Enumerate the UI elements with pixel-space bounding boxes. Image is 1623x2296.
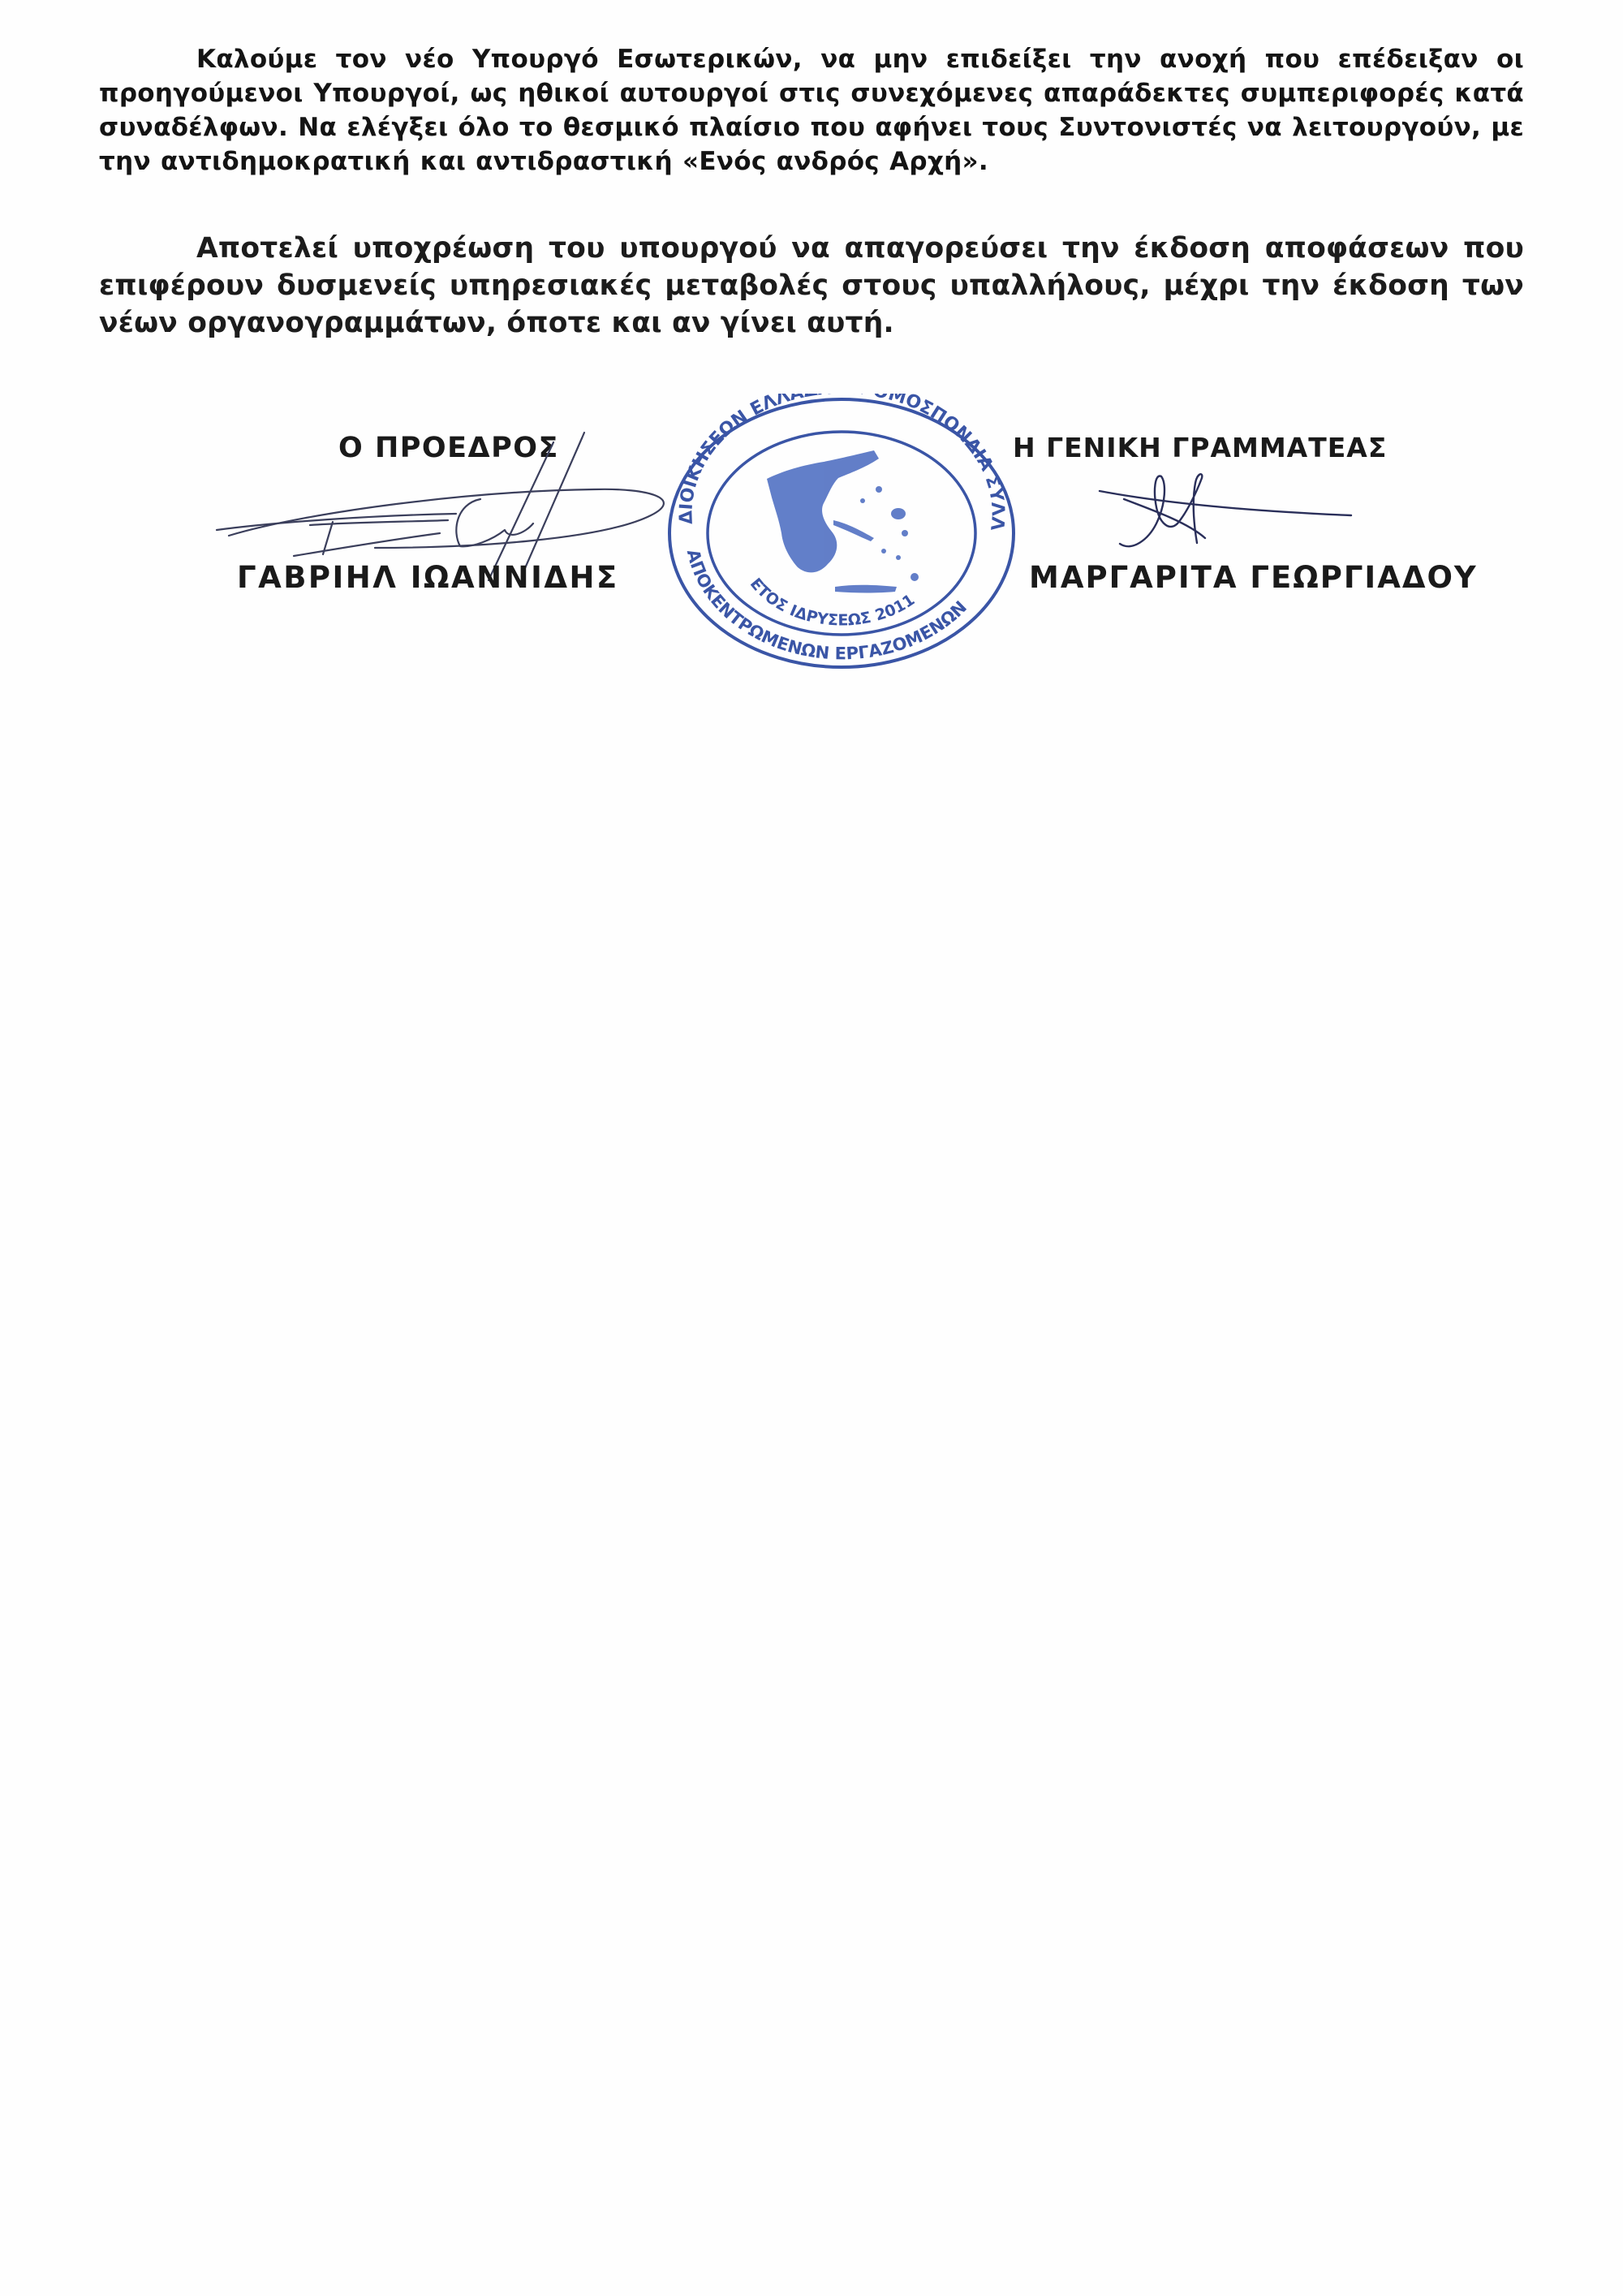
- official-stamp-icon: ΔΙΟΙΚΗΣΕΩΝ ΕΛΛΑΔΑΣ ★ ΟΜΟΣΠΟΝΔΙΑ ΣΥΛΛΟΓΩΝ…: [661, 394, 1022, 674]
- general-secretary-signature-icon: [1075, 467, 1367, 556]
- paragraph-2-text: Αποτελεί υποχρέωση του υπουργού να απαγο…: [99, 232, 1524, 339]
- document-page: Καλούμε τον νέο Υπουργό Εσωτερικών, να μ…: [0, 0, 1623, 2296]
- paragraph-1: Καλούμε τον νέο Υπουργό Εσωτερικών, να μ…: [99, 42, 1524, 179]
- map-of-greece-icon: [767, 450, 919, 593]
- president-name: ΓΑΒΡΙΗΛ ΙΩΑΝΝΙΔΗΣ: [237, 560, 619, 595]
- general-secretary-name: ΜΑΡΓΑΡΙΤΑ ΓΕΩΡΓΙΑΔΟΥ: [1029, 560, 1478, 595]
- general-secretary-role-label: Η ΓΕΝΙΚΗ ΓΡΑΜΜΑΤΕΑΣ: [1013, 432, 1387, 463]
- paragraph-2: Αποτελεί υποχρέωση του υπουργού να απαγο…: [99, 230, 1524, 342]
- paragraph-1-text: Καλούμε τον νέο Υπουργό Εσωτερικών, να μ…: [99, 45, 1524, 176]
